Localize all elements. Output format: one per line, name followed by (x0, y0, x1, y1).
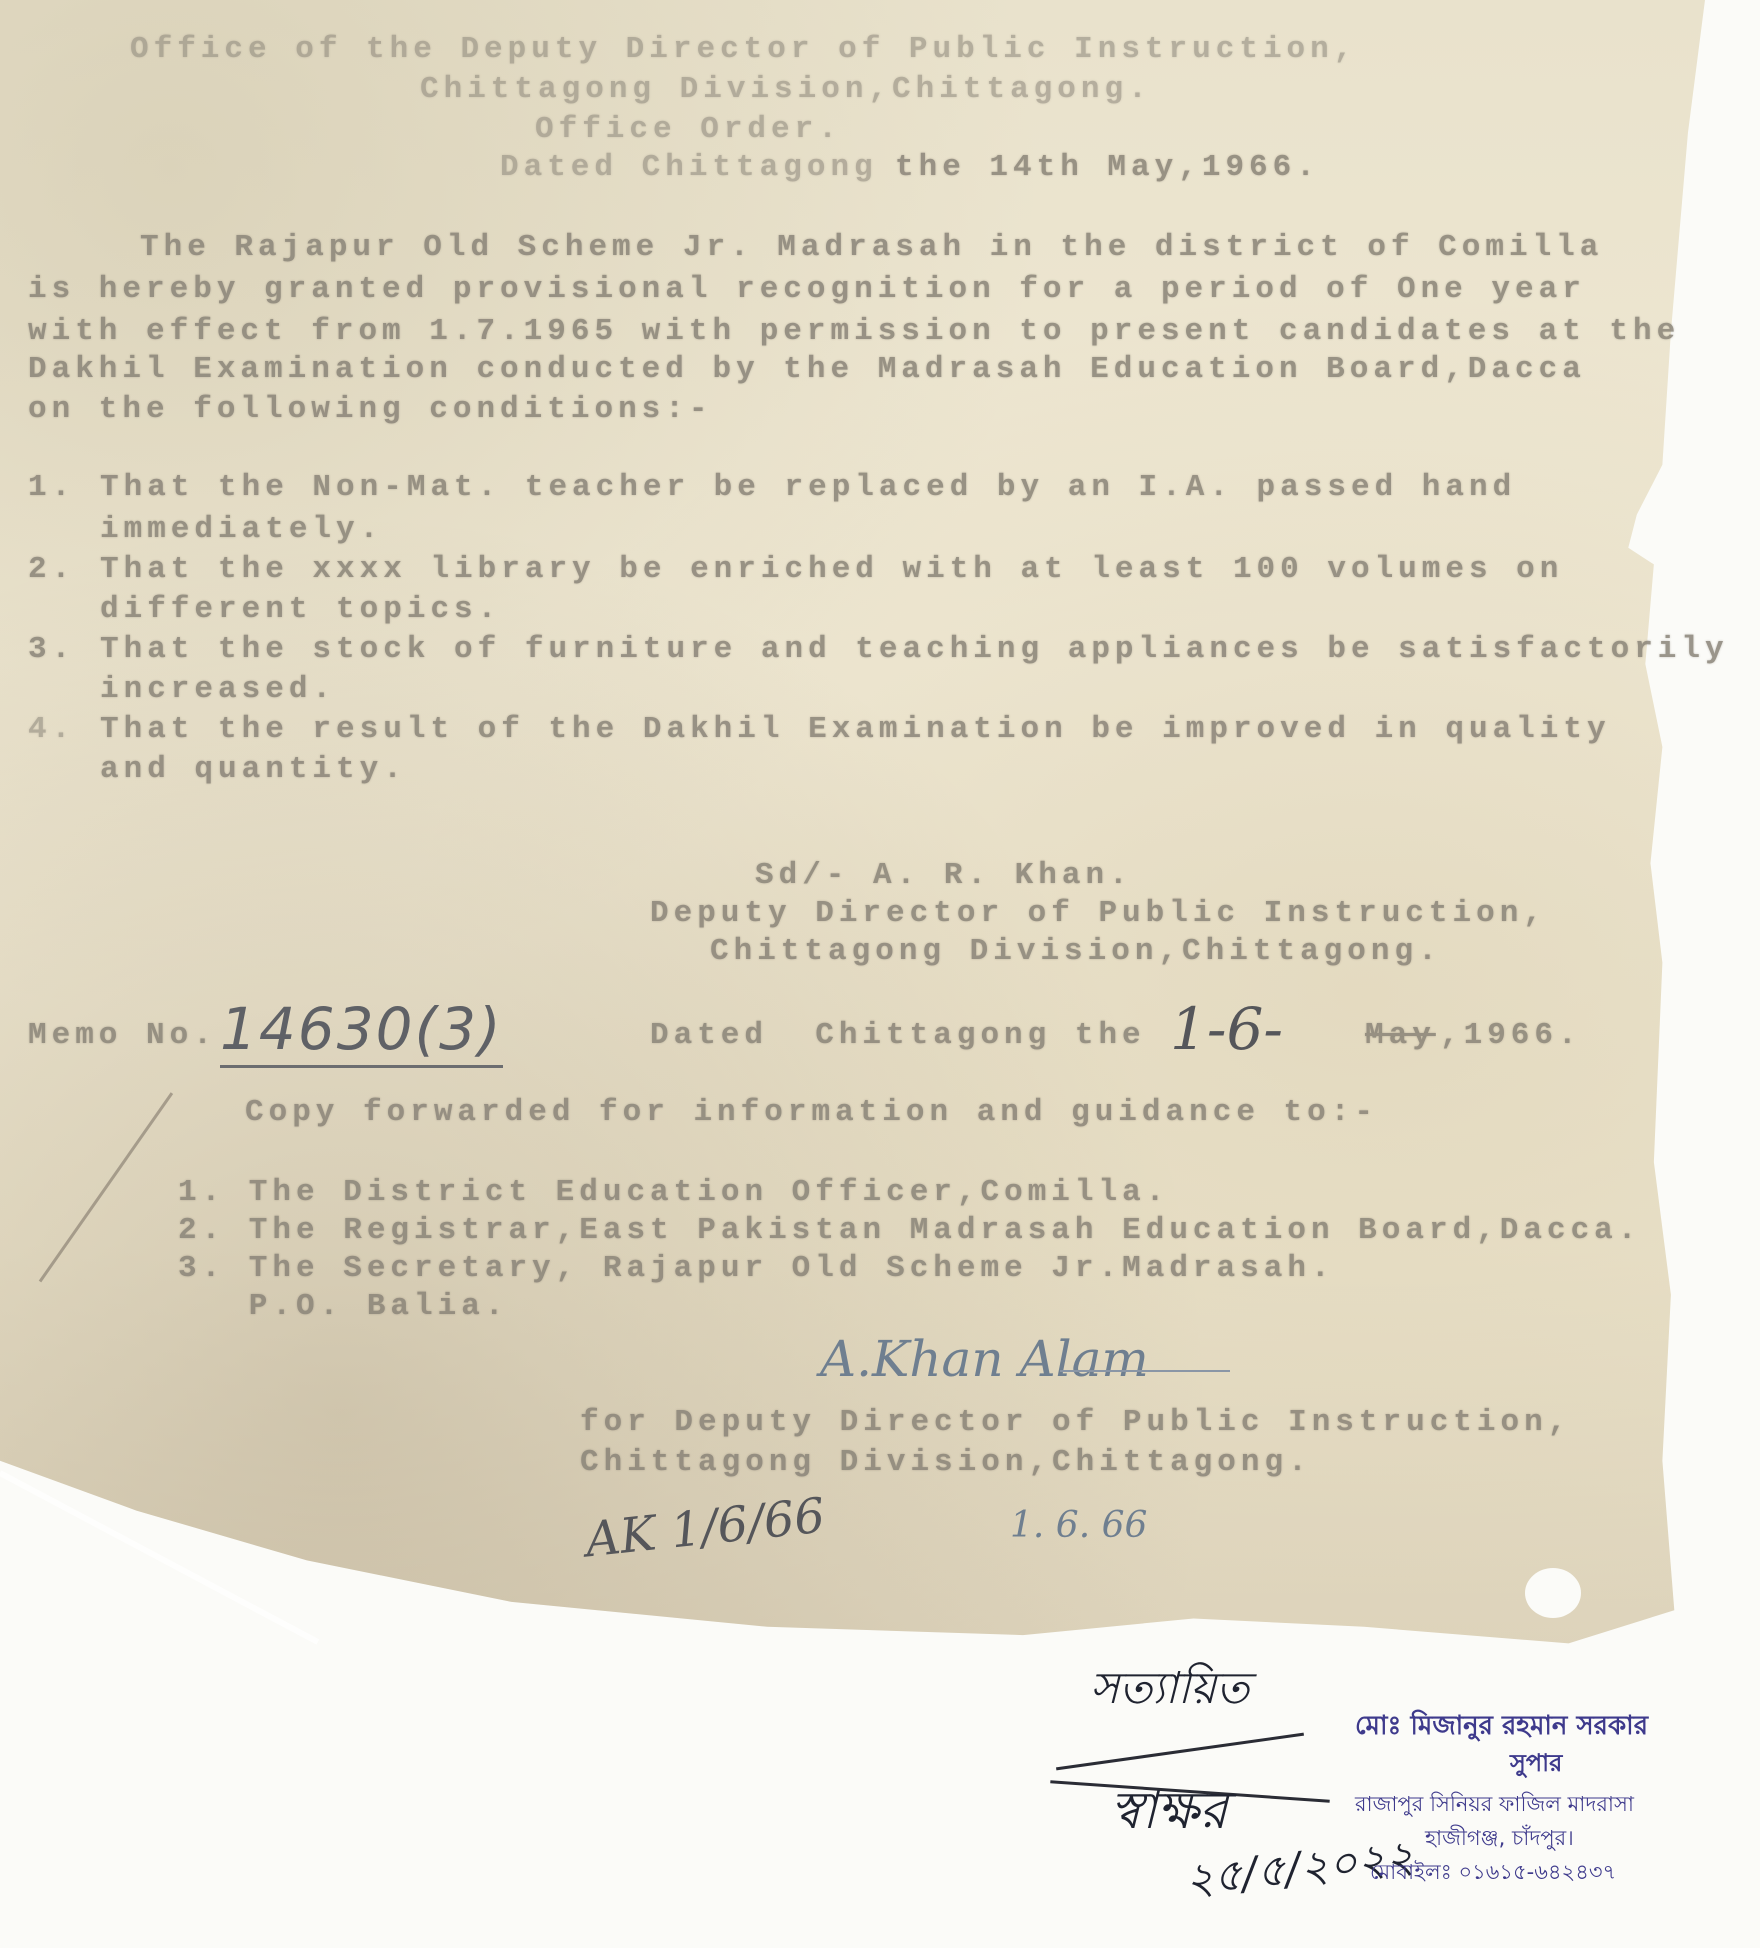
condition-number: 2. (28, 552, 75, 587)
header-date: the 14th May,1966. (895, 150, 1320, 185)
memo-struck-month: May (1365, 1018, 1436, 1053)
punch-hole (1525, 1568, 1581, 1618)
recipient-item: 3. The Secretary, Rajapur Old Scheme Jr.… (178, 1251, 1335, 1286)
stamp-mobile: মোবাইলঃ ০১৬১৫-৬৪২৪৩৭ (1370, 1856, 1616, 1891)
condition-number: 4. (28, 712, 75, 747)
stamp-name: মোঃ মিজানুর রহমান সরকার (1355, 1705, 1648, 1749)
recipient-item: 1. The District Education Officer,Comill… (178, 1175, 1169, 1210)
header-division-line: Chittagong Division,Chittagong. (420, 72, 1152, 107)
condition-line: That the stock of furniture and teaching… (100, 632, 1729, 667)
paragraph-line: Dakhil Examination conducted by the Madr… (28, 352, 1586, 387)
memo-dated-label: Dated Chittagong the (650, 1018, 1146, 1053)
signatory-title: Deputy Director of Public Instruction, (650, 896, 1547, 931)
stamp-institution: রাজাপুর সিনিয়র ফাজিল মাদরাসা (1355, 1788, 1634, 1823)
header-office-line: Office of the Deputy Director of Public … (130, 32, 1357, 67)
condition-number: 1. (28, 470, 75, 505)
paragraph-line: The Rajapur Old Scheme Jr. Madrasah in t… (140, 230, 1603, 265)
stamp-designation: সুপার (1510, 1745, 1562, 1785)
condition-line: immediately. (100, 512, 383, 547)
paragraph-line: with effect from 1.7.1965 with permissio… (28, 314, 1680, 349)
signed-name: Sd/- A. R. Khan. (755, 858, 1133, 893)
header-dated-prefix: Dated Chittagong (500, 150, 878, 185)
condition-line: increased. (100, 672, 336, 707)
recipient-item: P.O. Balia. (178, 1289, 508, 1324)
header-order-title: Office Order. (535, 112, 842, 147)
condition-line: That the result of the Dakhil Examinatio… (100, 712, 1611, 747)
paragraph-line: is hereby granted provisional recognitio… (28, 272, 1586, 307)
condition-number: 3. (28, 632, 75, 667)
condition-line: different topics. (100, 592, 501, 627)
stamp-location: হাজীগঞ্জ, চাঁদপুর। (1425, 1822, 1574, 1857)
attested-word: সত্যায়িত (1090, 1655, 1249, 1728)
for-block-line1: for Deputy Director of Public Instructio… (580, 1405, 1571, 1440)
memo-year: ,1966. (1440, 1018, 1582, 1053)
paragraph-line: on the following conditions:- (28, 392, 713, 427)
for-block-line2: Chittagong Division,Chittagong. (580, 1445, 1312, 1480)
memo-handwritten-date: 1-6- (1170, 995, 1283, 1063)
condition-line: That the xxxx library be enriched with a… (100, 552, 1563, 587)
signatory-division: Chittagong Division,Chittagong. (710, 934, 1442, 969)
memo-number: 14630(3) (220, 995, 503, 1068)
condition-line: That the Non-Mat. teacher be replaced by… (100, 470, 1516, 505)
attestation-rule-top (1056, 1733, 1304, 1771)
memo-label: Memo No. (28, 1018, 217, 1053)
handwritten-dated-initial: 1. 6. 66 (1010, 1505, 1147, 1546)
handwritten-signature: A.Khan Alam (820, 1330, 1149, 1388)
recipient-item: 2. The Registrar,East Pakistan Madrasah … (178, 1213, 1641, 1248)
copy-forwarded-line: Copy forwarded for information and guida… (245, 1095, 1378, 1130)
condition-line: and quantity. (100, 752, 407, 787)
signature-underline (1060, 1370, 1230, 1372)
